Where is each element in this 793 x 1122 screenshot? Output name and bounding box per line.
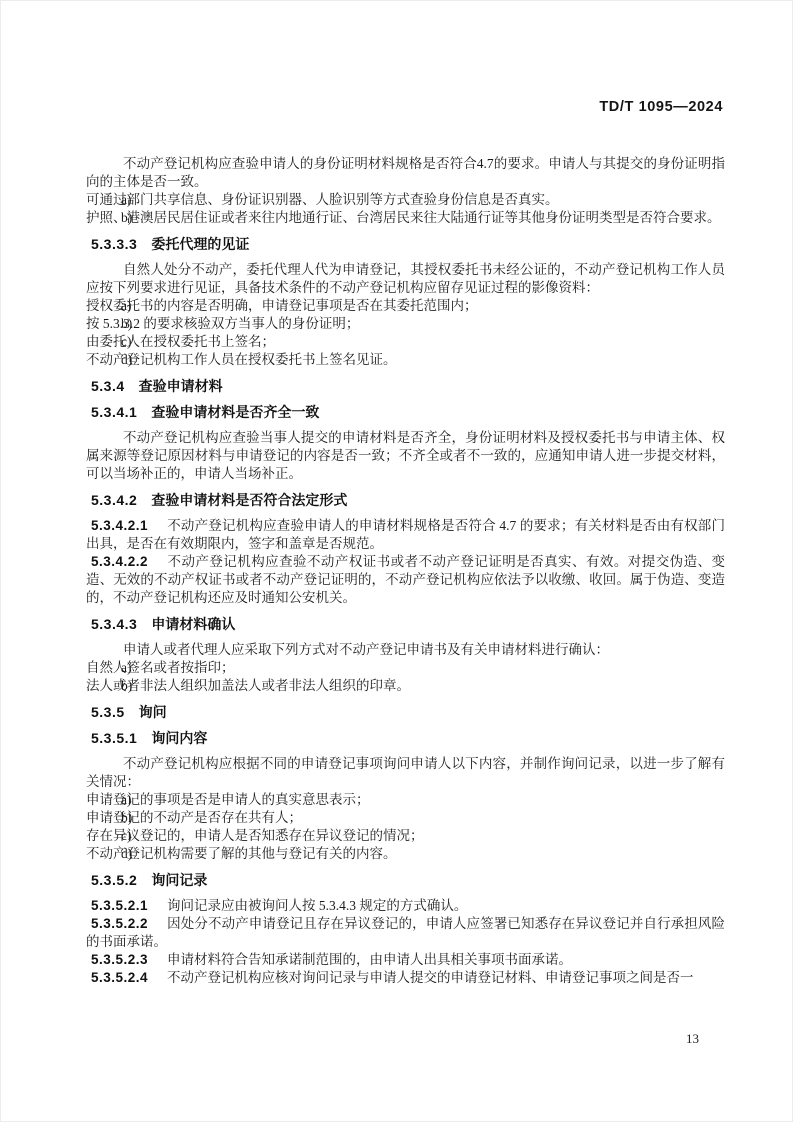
list-item: a)可通过部门共享信息、身份证识别器、人脸识别等方式查验身份信息是否真实。 <box>86 191 725 209</box>
clause-text: 因处分不动产申请登记且存在异议登记的，申请人应签署已知悉存在异议登记并自行承担风… <box>86 916 725 949</box>
list-item: d)不动产登记机构需要了解的其他与登记有关的内容。 <box>86 845 725 863</box>
list-item-text: 不动产登记机构需要了解的其他与登记有关的内容。 <box>86 846 397 861</box>
list-item: b)按 5.3.3.2 的要求核验双方当事人的身份证明； <box>86 315 725 333</box>
list-item: d)不动产登记机构工作人员在授权委托书上签名见证。 <box>86 351 725 369</box>
heading-number: 5.3.4.3 <box>91 616 137 632</box>
clause-text: 申请材料符合告知承诺制范围的，由申请人出具相关事项书面承诺。 <box>167 952 572 967</box>
list-item-text: 可通过部门共享信息、身份证识别器、人脸识别等方式查验身份信息是否真实。 <box>86 192 559 207</box>
numbered-clause: 5.3.5.2.4不动产登记机构应核对询问记录与申请人提交的申请登记材料、申请登… <box>86 969 725 987</box>
paragraph: 不动产登记机构应查验申请人的身份证明材料规格是否符合4.7的要求。申请人与其提交… <box>86 155 725 191</box>
list-item: c)由委托人在授权委托书上签名； <box>86 333 725 351</box>
list-item-text: 申请登记的不动产是否存在共有人； <box>86 810 302 825</box>
numbered-clause: 5.3.4.2.1不动产登记机构应查验申请人的申请材料规格是否符合 4.7 的要… <box>86 517 725 553</box>
paragraph: 不动产登记机构应查验当事人提交的申请材料是否齐全，身份证明材料及授权委托书与申请… <box>86 429 725 483</box>
heading-number: 5.3.5 <box>91 704 125 720</box>
section-heading: 5.3.5询问 <box>86 703 725 721</box>
list-item-text: 由委托人在授权委托书上签名； <box>86 334 275 349</box>
heading-number: 5.3.4.2 <box>91 492 137 508</box>
list-item-text: 护照、港澳居民居住证或者来往内地通行证、台湾居民来往大陆通行证等其他身份证明类型… <box>86 210 721 225</box>
document-body: 不动产登记机构应查验申请人的身份证明材料规格是否符合4.7的要求。申请人与其提交… <box>86 155 725 987</box>
clause-number: 5.3.4.2.1 <box>91 518 148 533</box>
clause-number: 5.3.5.2.1 <box>91 898 148 913</box>
list-item: c)存在异议登记的，申请人是否知悉存在异议登记的情况； <box>86 827 725 845</box>
clause-number: 5.3.5.2.3 <box>91 952 148 967</box>
heading-number: 5.3.3.3 <box>91 236 137 252</box>
numbered-clause: 5.3.5.2.3申请材料符合告知承诺制范围的，由申请人出具相关事项书面承诺。 <box>86 951 725 969</box>
paragraph: 不动产登记机构应根据不同的申请登记事项询问申请人以下内容，并制作询问记录，以进一… <box>86 755 725 791</box>
section-heading: 5.3.4.1查验申请材料是否齐全一致 <box>86 403 725 421</box>
list-item-text: 不动产登记机构工作人员在授权委托书上签名见证。 <box>86 352 397 367</box>
section-heading: 5.3.3.3委托代理的见证 <box>86 235 725 253</box>
heading-title: 申请材料确认 <box>151 616 235 632</box>
clause-number: 5.3.4.2.2 <box>91 554 148 569</box>
page-number: 13 <box>686 1031 699 1047</box>
clause-number: 5.3.5.2.4 <box>91 970 148 985</box>
heading-number: 5.3.4 <box>91 378 125 394</box>
section-heading: 5.3.4查验申请材料 <box>86 377 725 395</box>
list-item-marker: a) <box>121 791 132 809</box>
heading-number: 5.3.4.1 <box>91 404 137 420</box>
clause-number: 5.3.5.2.2 <box>91 916 148 931</box>
list-item-text: 自然人签名或者按指印； <box>86 660 235 675</box>
list-item-marker: a) <box>121 191 132 209</box>
heading-title: 查验申请材料是否符合法定形式 <box>151 492 347 508</box>
list-item-marker: b) <box>121 677 132 695</box>
clause-text: 不动产登记机构应查验申请人的申请材料规格是否符合 4.7 的要求；有关材料是否由… <box>86 518 725 551</box>
list-item: a)申请登记的事项是否是申请人的真实意思表示； <box>86 791 725 809</box>
numbered-clause: 5.3.4.2.2不动产登记机构应查验不动产权证书或者不动产登记证明是否真实、有… <box>86 553 725 607</box>
heading-title: 询问 <box>139 704 167 720</box>
heading-number: 5.3.5.2 <box>91 872 137 888</box>
paragraph: 自然人处分不动产，委托代理人代为申请登记，其授权委托书未经公证的，不动产登记机构… <box>86 261 725 297</box>
document-page: TD/T 1095—2024 不动产登记机构应查验申请人的身份证明材料规格是否符… <box>0 0 793 1122</box>
list-item: a)授权委托书的内容是否明确，申请登记事项是否在其委托范围内； <box>86 297 725 315</box>
numbered-clause: 5.3.5.2.2因处分不动产申请登记且存在异议登记的，申请人应签署已知悉存在异… <box>86 915 725 951</box>
section-heading: 5.3.5.1询问内容 <box>86 729 725 747</box>
heading-title: 查验申请材料是否齐全一致 <box>151 404 319 420</box>
clause-text: 不动产登记机构应核对询问记录与申请人提交的申请登记材料、申请登记事项之间是否一 <box>167 970 694 985</box>
list-item: b)申请登记的不动产是否存在共有人； <box>86 809 725 827</box>
list-item-marker: c) <box>121 333 132 351</box>
list-item-marker: b) <box>121 315 132 333</box>
list-item-marker: d) <box>121 351 132 369</box>
section-heading: 5.3.4.2查验申请材料是否符合法定形式 <box>86 491 725 509</box>
list-item-marker: a) <box>121 659 132 677</box>
list-item-marker: c) <box>121 827 132 845</box>
heading-number: 5.3.5.1 <box>91 730 137 746</box>
section-heading: 5.3.5.2询问记录 <box>86 871 725 889</box>
list-item-text: 法人或者非法人组织加盖法人或者非法人组织的印章。 <box>86 678 410 693</box>
list-item-text: 授权委托书的内容是否明确，申请登记事项是否在其委托范围内； <box>86 298 478 313</box>
list-item-text: 存在异议登记的，申请人是否知悉存在异议登记的情况； <box>86 828 424 843</box>
list-item-marker: d) <box>121 845 132 863</box>
heading-title: 询问记录 <box>151 872 207 888</box>
clause-text: 不动产登记机构应查验不动产权证书或者不动产登记证明是否真实、有效。对提交伪造、变… <box>86 554 725 605</box>
heading-title: 查验申请材料 <box>139 378 223 394</box>
section-heading: 5.3.4.3申请材料确认 <box>86 615 725 633</box>
list-item: b)法人或者非法人组织加盖法人或者非法人组织的印章。 <box>86 677 725 695</box>
heading-title: 询问内容 <box>151 730 207 746</box>
clause-text: 询问记录应由被询问人按 5.3.4.3 规定的方式确认。 <box>167 898 467 913</box>
list-item-marker: b) <box>121 809 132 827</box>
list-item: a)自然人签名或者按指印； <box>86 659 725 677</box>
list-item-marker: b) <box>121 209 132 227</box>
heading-title: 委托代理的见证 <box>151 236 249 252</box>
numbered-clause: 5.3.5.2.1询问记录应由被询问人按 5.3.4.3 规定的方式确认。 <box>86 897 725 915</box>
list-item-marker: a) <box>121 297 132 315</box>
list-item: b)护照、港澳居民居住证或者来往内地通行证、台湾居民来往大陆通行证等其他身份证明… <box>86 209 725 227</box>
standard-number-header: TD/T 1095—2024 <box>599 99 723 115</box>
paragraph: 申请人或者代理人应采取下列方式对不动产登记申请书及有关申请材料进行确认： <box>86 641 725 659</box>
